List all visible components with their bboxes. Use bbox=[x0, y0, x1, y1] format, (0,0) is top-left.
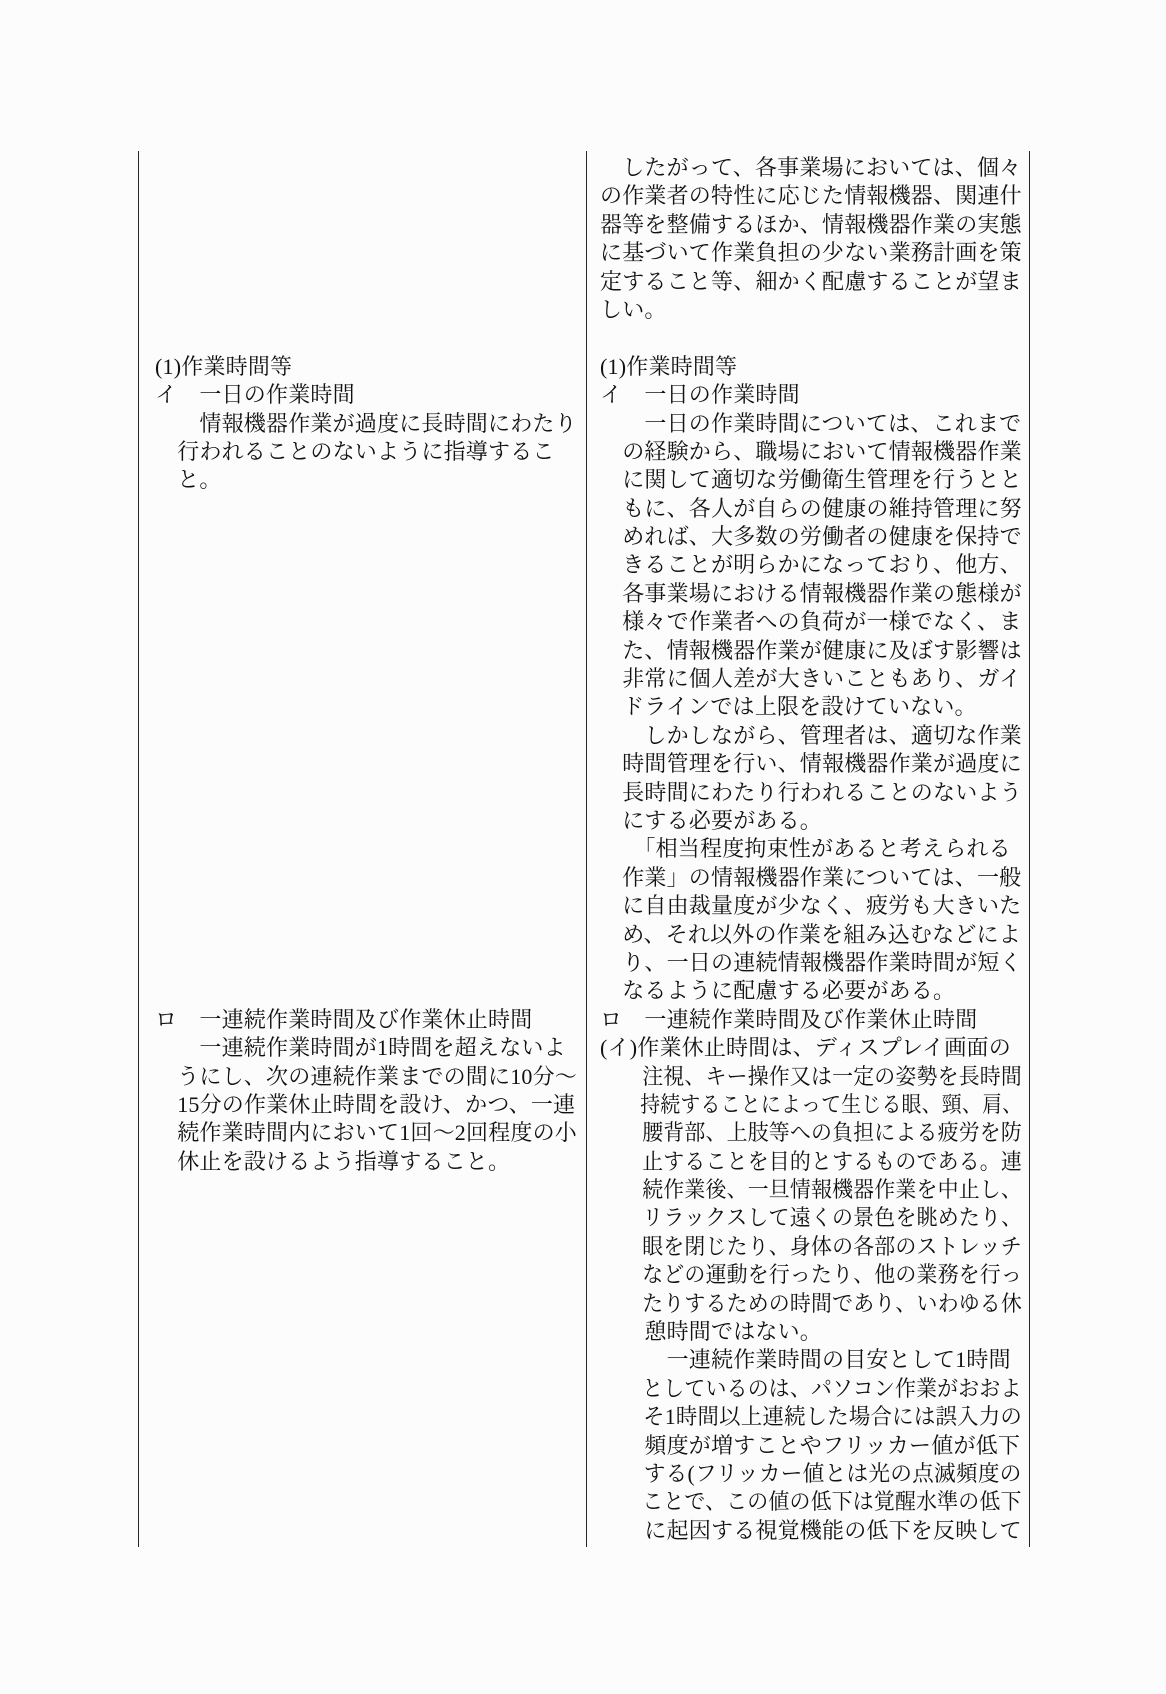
text-line: 情報機器作業が過度に長時間にわたり bbox=[155, 410, 580, 438]
text-line: イ 一日の作業時間 bbox=[600, 381, 1022, 409]
text-line bbox=[155, 551, 580, 579]
text-line: 長時間にわたり行われることのないよう bbox=[600, 779, 1022, 807]
text-line: なるように配慮する必要がある。 bbox=[600, 977, 1022, 1005]
text-line bbox=[155, 495, 580, 523]
text-line: 一連続作業時間の目安として1時間 bbox=[600, 1346, 1022, 1374]
text-line: する(フリッカー値とは光の点滅頻度の bbox=[600, 1460, 1016, 1488]
text-line: 止することを目的とするものである。連 bbox=[600, 1148, 1001, 1176]
text-line: 器等を整備するほか、情報機器作業の実態 bbox=[600, 211, 1022, 239]
text-line: ロ 一連続作業時間及び作業休止時間 bbox=[600, 1006, 1022, 1034]
text-line bbox=[155, 807, 580, 835]
text-line: リラックスして遠くの景色を眺めたり、 bbox=[600, 1204, 1002, 1232]
text-line bbox=[155, 977, 580, 1005]
text-line: (1)作業時間等 bbox=[155, 353, 580, 381]
text-line bbox=[155, 750, 580, 778]
text-line bbox=[600, 324, 1022, 352]
text-line: の作業者の特性に応じた情報機器、関連什 bbox=[600, 182, 1022, 210]
text-line bbox=[155, 864, 580, 892]
text-line bbox=[155, 580, 580, 608]
text-line: 作業」の情報機器作業については、一般 bbox=[600, 864, 1022, 892]
text-line: たりするための時間であり、いわゆる休 bbox=[600, 1290, 1001, 1318]
text-line: そ1時間以上連続した場合には誤入力の bbox=[600, 1403, 1011, 1431]
text-line: うにし、次の連続作業までの間に10分～ bbox=[155, 1063, 580, 1091]
document-page: (1)作業時間等イ 一日の作業時間 情報機器作業が過度に長時間にわたり 行われる… bbox=[0, 0, 1166, 1694]
text-line: イ 一日の作業時間 bbox=[155, 381, 580, 409]
text-line: にする必要がある。 bbox=[600, 807, 1022, 835]
text-line: に自由裁量度が少なく、疲労も大きいた bbox=[600, 892, 1022, 920]
text-line: もに、各人が自らの健康の維持管理に努 bbox=[600, 495, 1022, 523]
text-line bbox=[155, 665, 580, 693]
text-line bbox=[155, 608, 580, 636]
text-line bbox=[155, 722, 580, 750]
text-line bbox=[155, 268, 580, 296]
two-column-table: (1)作業時間等イ 一日の作業時間 情報機器作業が過度に長時間にわたり 行われる… bbox=[138, 151, 1030, 1547]
text-line: 15分の作業休止時間を設け、かつ、一連 bbox=[155, 1091, 580, 1119]
text-line bbox=[155, 182, 580, 210]
text-line bbox=[155, 949, 580, 977]
text-line: に基づいて作業負担の少ない業務計画を策 bbox=[600, 239, 1022, 267]
text-line: 憩時間ではない。 bbox=[600, 1318, 1022, 1346]
text-line: 「相当程度拘束性があると考えられる bbox=[600, 835, 1022, 863]
text-line: などの運動を行ったり、他の業務を行っ bbox=[600, 1261, 1001, 1289]
text-line: に関して適切な労働衛生管理を行うとと bbox=[600, 466, 1022, 494]
text-line: 各事業場における情報機器作業の態様が bbox=[600, 580, 1022, 608]
text-line bbox=[155, 239, 580, 267]
text-line bbox=[155, 892, 580, 920]
text-line: きることが明らかになっており、他方、 bbox=[600, 551, 1022, 579]
text-line bbox=[155, 523, 580, 551]
text-line: 時間管理を行い、情報機器作業が過度に bbox=[600, 750, 1022, 778]
text-line: 持続することによって生じる眼、頸、肩、 bbox=[600, 1091, 982, 1119]
text-line: めれば、大多数の労働者の健康を保持で bbox=[600, 523, 1022, 551]
text-line: 続作業後、一旦情報機器作業を中止し、 bbox=[600, 1176, 1001, 1204]
text-line: しかしながら、管理者は、適切な作業 bbox=[600, 722, 1022, 750]
text-line bbox=[155, 154, 580, 182]
text-line: 腰背部、上肢等への負担による疲労を防 bbox=[600, 1119, 1001, 1147]
text-line: た、情報機器作業が健康に及ぼす影響は bbox=[600, 637, 1022, 665]
text-line: (1)作業時間等 bbox=[600, 353, 1022, 381]
column-guideline-measures: (1)作業時間等イ 一日の作業時間 情報機器作業が過度に長時間にわたり 行われる… bbox=[139, 151, 587, 1547]
text-line: 定すること等、細かく配慮することが望ま bbox=[600, 268, 1022, 296]
text-line bbox=[155, 324, 580, 352]
text-line: したがって、各事業場においては、個々 bbox=[600, 154, 1022, 182]
text-line: ロ 一連続作業時間及び作業休止時間 bbox=[155, 1006, 580, 1034]
text-line: 一連続作業時間が1時間を超えないよ bbox=[155, 1034, 580, 1062]
text-line: め、それ以外の作業を組み込むなどによ bbox=[600, 921, 1022, 949]
text-line: と。 bbox=[155, 466, 580, 494]
text-line bbox=[155, 211, 580, 239]
text-line: (イ)作業休止時間は、ディスプレイ画面の bbox=[600, 1034, 1022, 1062]
text-line: ことで、この値の低下は覚醒水準の低下 bbox=[600, 1488, 1001, 1516]
text-line: しい。 bbox=[600, 296, 1022, 324]
column-explanation: したがって、各事業場においては、個々の作業者の特性に応じた情報機器、関連什器等を… bbox=[587, 151, 1028, 1547]
text-line: 続作業時間内において1回～2回程度の小 bbox=[155, 1119, 580, 1147]
text-line bbox=[155, 835, 580, 863]
text-line: 眼を閉じたり、身体の各部のストレッチ bbox=[600, 1233, 1001, 1261]
text-line bbox=[155, 693, 580, 721]
text-line bbox=[155, 779, 580, 807]
text-line: としているのは、パソコン作業がおおよ bbox=[600, 1375, 1001, 1403]
text-line bbox=[155, 296, 580, 324]
text-line: 行われることのないように指導するこ bbox=[155, 438, 580, 466]
text-line: 非常に個人差が大きいこともあり、ガイ bbox=[600, 665, 1022, 693]
text-line bbox=[155, 921, 580, 949]
text-line: 一日の作業時間については、これまで bbox=[600, 410, 1022, 438]
text-line: 頻度が増すことやフリッカー値が低下 bbox=[600, 1432, 1022, 1460]
text-line: の経験から、職場において情報機器作業 bbox=[600, 438, 1022, 466]
text-line: 様々で作業者への負荷が一様でなく、ま bbox=[600, 608, 1022, 636]
text-line: ドラインでは上限を設けていない。 bbox=[600, 693, 1022, 721]
text-line: 休止を設けるよう指導すること。 bbox=[155, 1148, 580, 1176]
text-line: り、一日の連続情報機器作業時間が短く bbox=[600, 949, 1022, 977]
text-line: に起因する視覚機能の低下を反映して bbox=[600, 1517, 1022, 1545]
text-line: 注視、キー操作又は一定の姿勢を長時間 bbox=[600, 1063, 1001, 1091]
text-line bbox=[155, 637, 580, 665]
